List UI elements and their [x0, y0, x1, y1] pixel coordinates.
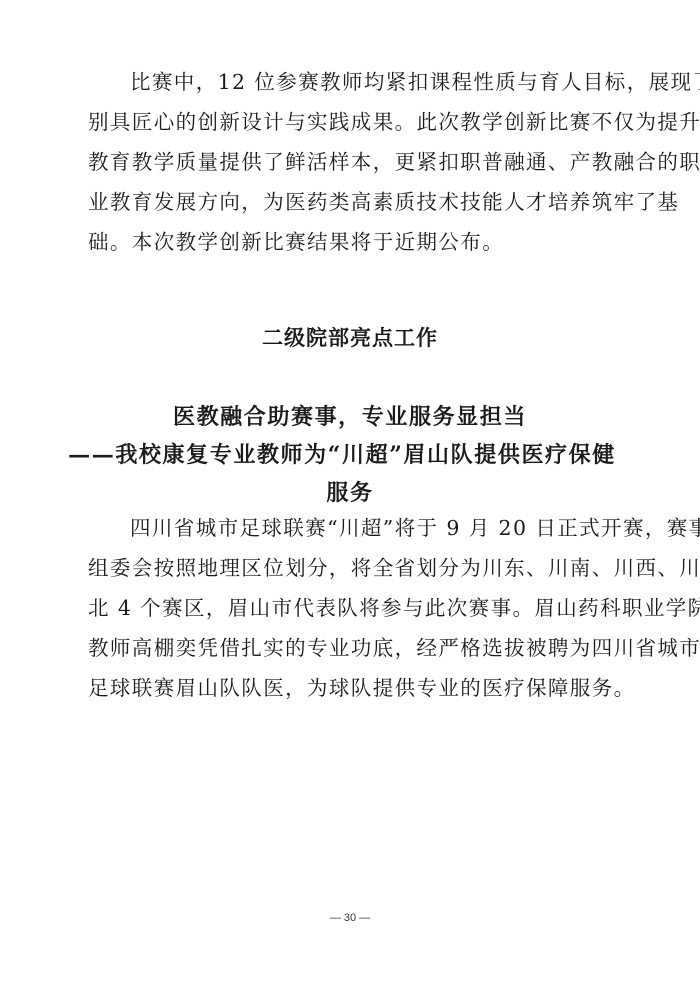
paragraph-line: 比赛中，12 位参赛教师均紧扣课程性质与育人目标，展现了: [88, 62, 618, 102]
document-page: 比赛中，12 位参赛教师均紧扣课程性质与育人目标，展现了 别具匠心的创新设计与实…: [0, 0, 700, 989]
article-subtitle: ——我校康复专业教师为“川超”眉山队提供医疗保健: [0, 438, 692, 469]
page-number: — 30 —: [0, 912, 700, 924]
paragraph-line: 四川省城市足球联赛“川超”将于 9 月 20 日正式开赛，赛事: [88, 508, 618, 548]
intro-paragraph: 比赛中，12 位参赛教师均紧扣课程性质与育人目标，展现了 别具匠心的创新设计与实…: [88, 62, 618, 262]
paragraph-line: 教育教学质量提供了鲜活样本，更紧扣职普融通、产教融合的职: [88, 142, 618, 182]
paragraph-line: 组委会按照地理区位划分，将全省划分为川东、川南、川西、川: [88, 548, 618, 588]
paragraph-line: 别具匠心的创新设计与实践成果。此次教学创新比赛不仅为提升: [88, 102, 618, 142]
paragraph-line: 业教育发展方向，为医药类高素质技术技能人才培养筑牢了基: [88, 182, 618, 222]
article-subtitle-cont: 服务: [0, 476, 700, 507]
article-title: 医教融合助赛事，专业服务显担当: [0, 400, 700, 431]
paragraph-line: 足球联赛眉山队队医，为球队提供专业的医疗保障服务。: [88, 668, 618, 708]
section-title: 二级院部亮点工作: [0, 322, 700, 352]
paragraph-line: 础。本次教学创新比赛结果将于近期公布。: [88, 222, 618, 262]
paragraph-line: 北 4 个赛区，眉山市代表队将参与此次赛事。眉山药科职业学院: [88, 588, 618, 628]
paragraph-line: 教师高棚奕凭借扎实的专业功底，经严格选拔被聘为四川省城市: [88, 628, 618, 668]
article-paragraph: 四川省城市足球联赛“川超”将于 9 月 20 日正式开赛，赛事 组委会按照地理区…: [88, 508, 618, 708]
